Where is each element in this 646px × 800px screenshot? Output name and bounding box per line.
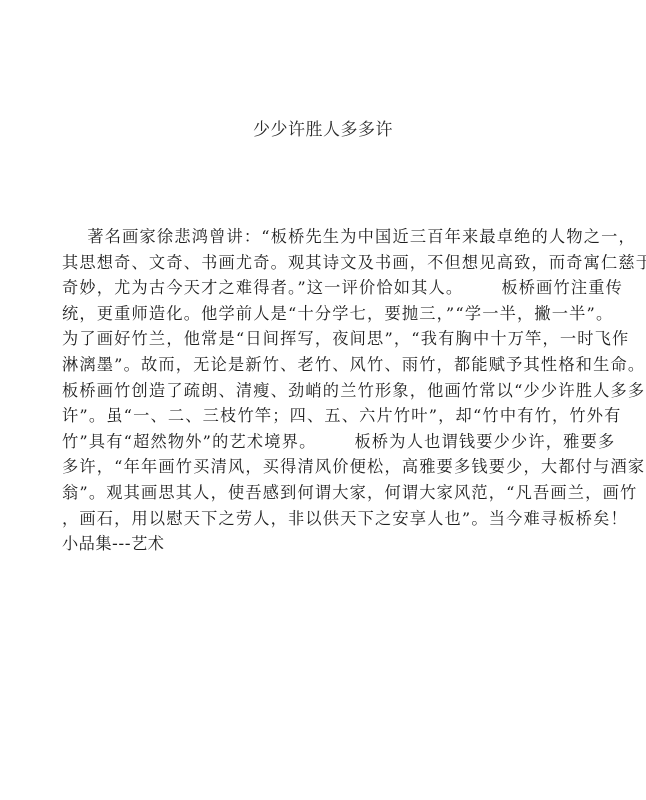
body-line: 竹”具有“超然物外”的艺术境界。 板桥为人也谓钱要少少许，雅要多	[62, 429, 602, 455]
body-line: 著名画家徐悲鸿曾讲：“板桥先生为中国近三百年来最卓绝的人物之一，	[62, 224, 602, 250]
body-line: 为了画好竹兰，他常是“日间挥写，夜间思”，“我有胸中十万竿，一时飞作	[62, 326, 602, 352]
body-line: 板桥画竹创造了疏朗、清瘦、劲峭的兰竹形象，他画竹常以“少少许胜人多多	[62, 378, 602, 404]
body-line: 统，更重师造化。他学前人是“十分学七，要抛三，”“学一半，撇一半”。	[62, 301, 602, 327]
document-body: 著名画家徐悲鸿曾讲：“板桥先生为中国近三百年来最卓绝的人物之一， 其思想奇、文奇…	[62, 224, 602, 557]
body-line: ，画石，用以慰天下之劳人，非以供天下之安享人也”。当今难寻板桥矣！	[62, 506, 602, 532]
document-title: 少少许胜人多多许	[0, 119, 646, 141]
body-line: 多许，“年年画竹买清风，买得清风价便松，高雅要多钱要少，大都付与酒家	[62, 454, 602, 480]
body-line: 其思想奇、文奇、书画尤奇。观其诗文及书画，不但想见高致，而奇寓仁慈于	[62, 250, 602, 276]
body-line: 翁”。观其画思其人，使吾感到何谓大家，何谓大家风范，“凡吾画兰，画竹	[62, 480, 602, 506]
body-line: 淋漓墨”。故而，无论是新竹、老竹、风竹、雨竹，都能赋予其性格和生命。	[62, 352, 602, 378]
body-line: 奇妙，尤为古今天才之难得者。”这一评价恰如其人。 板桥画竹注重传	[62, 275, 602, 301]
body-line: 许”。虽“一、二、三枝竹竿；四、五、六片竹叶”，却“竹中有竹，竹外有	[62, 403, 602, 429]
signature: 小品集---艺术	[62, 531, 602, 557]
